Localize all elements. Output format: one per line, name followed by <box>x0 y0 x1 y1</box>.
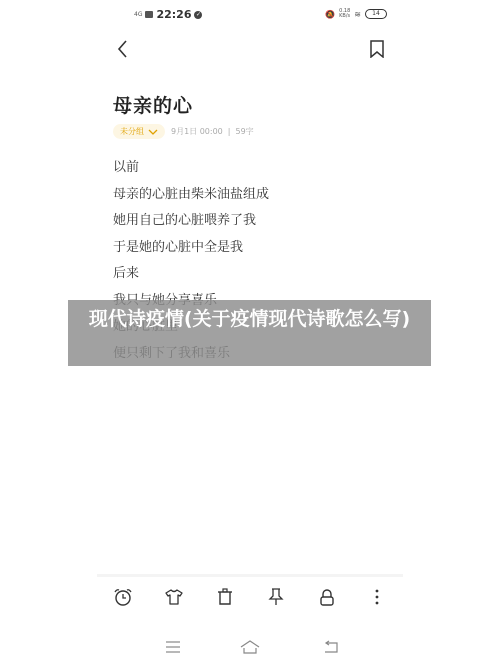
reminder-button[interactable] <box>112 585 134 609</box>
top-bar <box>97 36 403 62</box>
home-icon <box>240 640 260 654</box>
note-line: 后来 <box>113 264 269 291</box>
pin-icon <box>266 587 286 607</box>
chevron-left-icon <box>115 38 131 60</box>
delete-button[interactable] <box>214 585 236 609</box>
wifi-icon: ≋ <box>354 10 361 19</box>
pin-button[interactable] <box>265 585 287 609</box>
group-label: 未分组 <box>120 126 144 137</box>
lock-button[interactable] <box>316 585 338 609</box>
note-title[interactable]: 母亲的心 <box>113 91 193 118</box>
status-bar: 4G 22:26 ✓ 🔕 0.18 KB/s ≋ 14 <box>97 8 403 26</box>
more-button[interactable] <box>366 585 388 609</box>
note-line: 母亲的心脏由柴米油盐组成 <box>113 185 269 212</box>
note-line: 以前 <box>113 158 269 185</box>
chevron-down-icon <box>148 129 158 135</box>
system-nav-bar <box>97 638 403 658</box>
status-time: 22:26 <box>156 8 191 21</box>
back-icon <box>323 640 339 654</box>
more-icon <box>367 587 387 607</box>
back-nav-button[interactable] <box>321 638 341 656</box>
bookmark-button[interactable] <box>369 40 385 58</box>
lock-icon <box>317 587 337 607</box>
battery-indicator: 14 <box>365 9 387 19</box>
skin-button[interactable] <box>163 585 185 609</box>
note-line: 她用自己的心脏喂养了我 <box>113 211 269 238</box>
bottom-toolbar <box>97 585 403 611</box>
hd-icon <box>145 11 153 18</box>
mute-icon: 🔕 <box>325 10 335 19</box>
back-button[interactable] <box>115 38 131 60</box>
note-line: 于是她的心脏中全是我 <box>113 238 269 265</box>
network-speed: 0.18 KB/s <box>339 9 350 19</box>
tshirt-icon <box>164 587 184 607</box>
alarm-icon <box>113 587 133 607</box>
home-button[interactable] <box>240 638 260 656</box>
group-selector[interactable]: 未分组 <box>113 124 165 139</box>
menu-icon <box>165 640 181 654</box>
network-signal-icon: 4G <box>134 12 142 18</box>
check-icon: ✓ <box>194 11 202 19</box>
note-date: 9月1日 00:00 <box>171 126 223 137</box>
note-meta: 未分组 9月1日 00:00 | 59字 <box>113 124 254 139</box>
word-count: 59字 <box>235 126 253 137</box>
toolbar-divider <box>97 574 403 577</box>
bookmark-icon <box>369 40 385 58</box>
meta-separator: | <box>228 127 231 136</box>
title-overlay-banner: 现代诗疫情(关于疫情现代诗歌怎么写) <box>68 300 431 366</box>
trash-icon <box>215 587 235 607</box>
recents-button[interactable] <box>163 638 183 656</box>
